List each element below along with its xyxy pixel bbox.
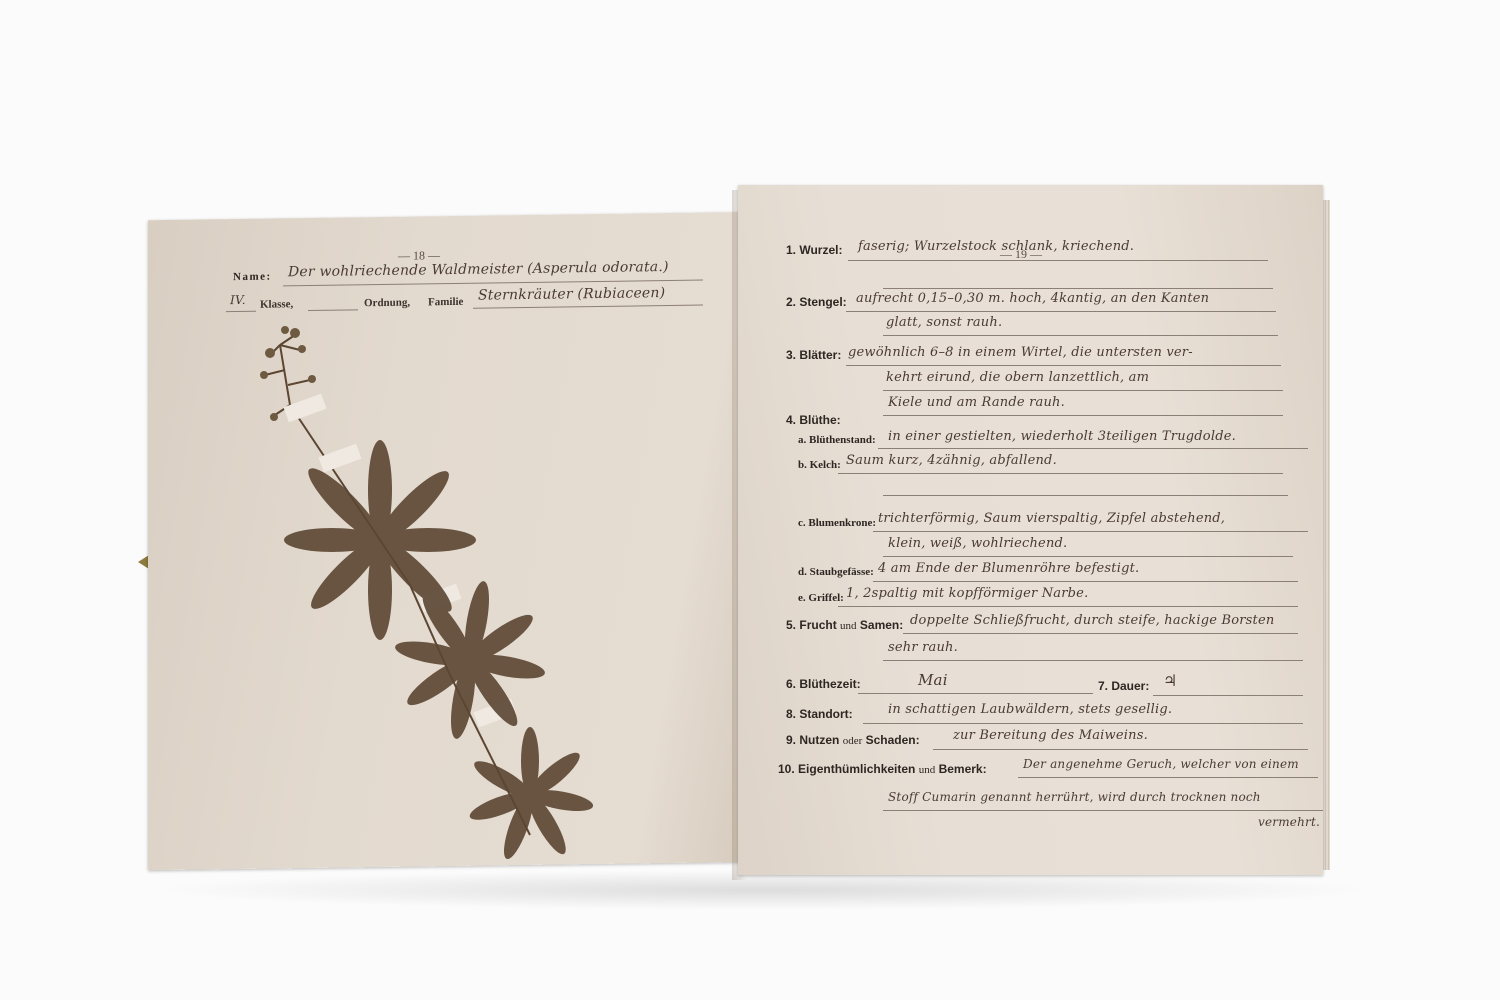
class-rule — [226, 311, 256, 312]
blaetter-value-2: kehrt eirund, die obern lanzettlich, am — [886, 370, 1149, 385]
class-value: IV. — [230, 293, 246, 307]
wurzel-value: faserig; Wurzelstock schlank, kriechend. — [858, 239, 1134, 254]
eigen-label-und: und — [919, 764, 936, 776]
order-label: Ordnung, — [364, 297, 410, 310]
rule — [848, 260, 1268, 261]
frucht-value-1: doppelte Schließfrucht, durch steife, ha… — [910, 613, 1274, 628]
bluethezeit-label: 6. Blüthezeit: — [786, 677, 861, 691]
dauer-value: ♃ — [1163, 671, 1178, 690]
frucht-label-b: Samen: — [860, 618, 903, 632]
eigen-label-b: Bemerk: — [939, 762, 987, 776]
frucht-label-a: Frucht — [799, 618, 836, 632]
family-label: Familie — [428, 296, 463, 308]
rule — [903, 633, 1298, 634]
standort-label: 8. Standort: — [786, 707, 853, 721]
bluethenstand-label: a. Blüthenstand: — [798, 434, 876, 446]
rule — [883, 556, 1293, 557]
dauer-label: 7. Dauer: — [1098, 679, 1149, 693]
frucht-num: 5. — [786, 618, 796, 632]
family-value: Sternkräuter (Rubiaceen) — [478, 285, 665, 304]
nutzen-label: 9. Nutzen oder Schaden: — [786, 733, 920, 747]
blaetter-value-1: gewöhnlich 6–8 in einem Wirtel, die unte… — [848, 345, 1193, 360]
eigen-value-3: vermehrt. — [1258, 815, 1320, 829]
griffel-value: 1, 2spaltig mit kopfförmiger Narbe. — [846, 586, 1088, 601]
rule — [933, 749, 1308, 750]
rule — [838, 606, 1298, 607]
rule — [846, 365, 1281, 366]
rule — [858, 693, 1093, 694]
eigen-label-a: Eigenthümlichkeiten — [798, 762, 915, 776]
rule — [846, 311, 1276, 312]
nutzen-label-oder: oder — [843, 735, 863, 747]
rule — [1153, 695, 1303, 696]
rule — [873, 581, 1298, 582]
right-page: — 19 — 1. Wurzel: faserig; Wurzelstock s… — [738, 185, 1323, 875]
class-label: Klasse, — [260, 298, 293, 310]
bluethe-label: 4. Blüthe: — [786, 413, 841, 427]
blaetter-value-3: Kiele und am Rande rauh. — [888, 395, 1065, 410]
eigen-label: 10. Eigenthümlichkeiten und Bemerk: — [778, 762, 987, 776]
standort-value: in schattigen Laubwäldern, stets geselli… — [888, 702, 1172, 717]
family-rule — [473, 305, 703, 309]
nutzen-label-b: Schaden: — [866, 733, 920, 747]
name-value: Der wohlriechende Waldmeister (Asperula … — [288, 259, 669, 280]
rule — [883, 288, 1273, 289]
rule — [1018, 777, 1318, 778]
rule — [863, 723, 1303, 724]
rule — [838, 473, 1283, 474]
rule — [878, 448, 1308, 449]
rule — [883, 335, 1278, 336]
blumenkrone-label: c. Blumenkrone: — [798, 517, 876, 529]
nutzen-value: zur Bereitung des Maiweins. — [953, 728, 1148, 743]
page-stack-edge — [1322, 200, 1330, 870]
nutzen-num: 9. — [786, 733, 796, 747]
pressed-plant-specimen — [240, 315, 600, 875]
rule — [883, 415, 1283, 416]
frucht-value-2: sehr rauh. — [888, 640, 958, 655]
nutzen-label-a: Nutzen — [799, 733, 839, 747]
rule — [883, 495, 1288, 496]
eigen-value-2: Stoff Cumarin genannt herrührt, wird dur… — [888, 790, 1261, 804]
bluethenstand-value: in einer gestielten, wiederholt 3teilige… — [888, 429, 1236, 444]
stengel-value-1: aufrecht 0,15–0,30 m. hoch, 4kantig, an … — [856, 291, 1209, 306]
staubgefaesse-label: d. Staubgefässe: — [798, 566, 874, 578]
kelch-value: Saum kurz, 4zähnig, abfallend. — [846, 453, 1057, 468]
blumenkrone-value-1: trichterförmig, Saum vierspaltig, Zipfel… — [878, 511, 1225, 526]
rule — [873, 531, 1308, 532]
order-rule — [308, 309, 358, 311]
frucht-label-und: und — [840, 620, 857, 632]
kelch-label: b. Kelch: — [798, 459, 841, 471]
bluethezeit-value: Mai — [918, 671, 948, 689]
wurzel-label: 1. Wurzel: — [786, 243, 842, 257]
rule — [883, 810, 1323, 811]
eigen-value-1: Der angenehme Geruch, welcher von einem — [1023, 757, 1299, 771]
table-shadow — [150, 870, 1380, 910]
rule — [883, 660, 1303, 661]
eigen-num: 10. — [778, 762, 795, 776]
rule — [883, 390, 1283, 391]
stengel-label: 2. Stengel: — [786, 295, 847, 309]
blumenkrone-value-2: klein, weiß, wohlriechend. — [888, 536, 1067, 551]
stengel-value-2: glatt, sonst rauh. — [886, 315, 1002, 330]
griffel-label: e. Griffel: — [798, 592, 844, 604]
blaetter-label: 3. Blätter: — [786, 348, 841, 362]
frucht-label: 5. Frucht und Samen: — [786, 618, 903, 632]
staubgefaesse-value: 4 am Ende der Blumenröhre befestigt. — [878, 561, 1139, 576]
mounting-strip — [283, 394, 326, 423]
name-label: Name: — [233, 271, 272, 284]
